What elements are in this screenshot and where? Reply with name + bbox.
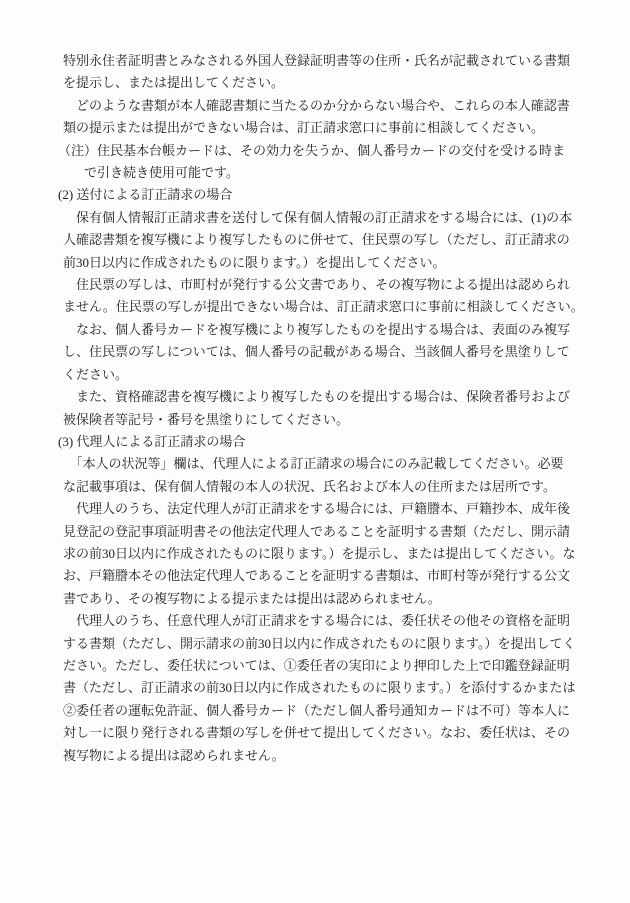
- text-line: 代理人のうち、任意代理人が訂正請求をする場合には、委任状その他その資格を証明: [63, 610, 610, 632]
- text-block: 特別永住者証明書とみなされる外国人登録証明書等の住所・氏名が記載されている書類 …: [58, 50, 610, 767]
- text-line: ください。: [63, 364, 610, 386]
- text-line: 前30日以内に作成されたものに限ります。）を提出してください。: [63, 252, 610, 274]
- text-line: な記載事項は、保有個人情報の本人の状況、氏名および本人の住所または居所です。: [63, 476, 610, 498]
- text-line: ださい。ただし、委任状については、①委任者の実印により押印した上で印鑑登録証明: [63, 655, 610, 677]
- text-line: 「本人の状況等」欄は、代理人による訂正請求の場合にのみ記載してください。必要: [63, 453, 610, 475]
- text-line: お、戸籍謄本その他法定代理人であることを証明する書類は、市町村等が発行する公文: [63, 565, 610, 587]
- document-page: { "page": { "background": "#fdfdfd", "te…: [0, 0, 630, 903]
- text-line: 代理人のうち、法定代理人が訂正請求をする場合には、戸籍謄本、戸籍抄本、成年後: [63, 498, 610, 520]
- text-line: ②委任者の運転免許証、個人番号カード（ただし個人番号通知カードは不可）等本人に: [63, 700, 610, 722]
- section-heading: (3) 代理人による訂正請求の場合: [58, 431, 610, 453]
- text-line: 複写物による提出は認められません。: [63, 745, 610, 767]
- text-line: 特別永住者証明書とみなされる外国人登録証明書等の住所・氏名が記載されている書類: [63, 50, 610, 72]
- text-line: 人確認書類を複写機により複写したものに併せて、住民票の写し（ただし、訂正請求の: [63, 229, 610, 251]
- text-line: 保有個人情報訂正請求書を送付して保有個人情報の訂正請求をする場合には、(1)の本: [63, 207, 610, 229]
- page: 特別永住者証明書とみなされる外国人登録証明書等の住所・氏名が記載されている書類 …: [0, 0, 630, 903]
- text-line: を提示し、または提出してください。: [63, 72, 610, 94]
- text-line: する書類（ただし、開示請求の前30日以内に作成されたものに限ります。）を提出して…: [63, 633, 610, 655]
- text-line: し、住民票の写しについては、個人番号の記載がある場合、当該個人番号を黒塗りして: [63, 341, 610, 363]
- text-line: どのような書類が本人確認書類に当たるのか分からない場合や、これらの本人確認書: [63, 95, 610, 117]
- text-line: ません。住民票の写しが提出できない場合は、訂正請求窓口に事前に相談してください。: [63, 296, 610, 318]
- text-line: 見登記の登記事項証明書その他法定代理人であることを証明する書類（ただし、開示請: [63, 521, 610, 543]
- text-line: 対し一に限り発行される書類の写しを併せて提出してください。なお、委任状は、その: [63, 722, 610, 744]
- text-line: なお、個人番号カードを複写機により複写したものを提出する場合は、表面のみ複写: [63, 319, 610, 341]
- text-line: また、資格確認書を複写機により複写したものを提出する場合は、保険者番号および: [63, 386, 610, 408]
- note-line: （注）住民基本台帳カードは、その効力を失うか、個人番号カードの交付を受ける時ま: [58, 140, 610, 162]
- text-line: 類の提示または提出ができない場合は、訂正請求窓口に事前に相談してください。: [63, 117, 610, 139]
- section-heading: (2) 送付による訂正請求の場合: [58, 184, 610, 206]
- text-line: 住民票の写しは、市町村が発行する公文書であり、その複写物による提出は認められ: [63, 274, 610, 296]
- text-line: 書（ただし、訂正請求の前30日以内に作成されたものに限ります。）を添付するかまた…: [63, 677, 610, 699]
- text-line: 被保険者等記号・番号を黒塗りにしてください。: [63, 409, 610, 431]
- text-line: 求の前30日以内に作成されたものに限ります。）を提示し、または提出してください。…: [63, 543, 610, 565]
- note-line: で引き続き使用可能です。: [58, 162, 610, 184]
- text-line: 書であり、その複写物による提示または提出は認められません。: [63, 588, 610, 610]
